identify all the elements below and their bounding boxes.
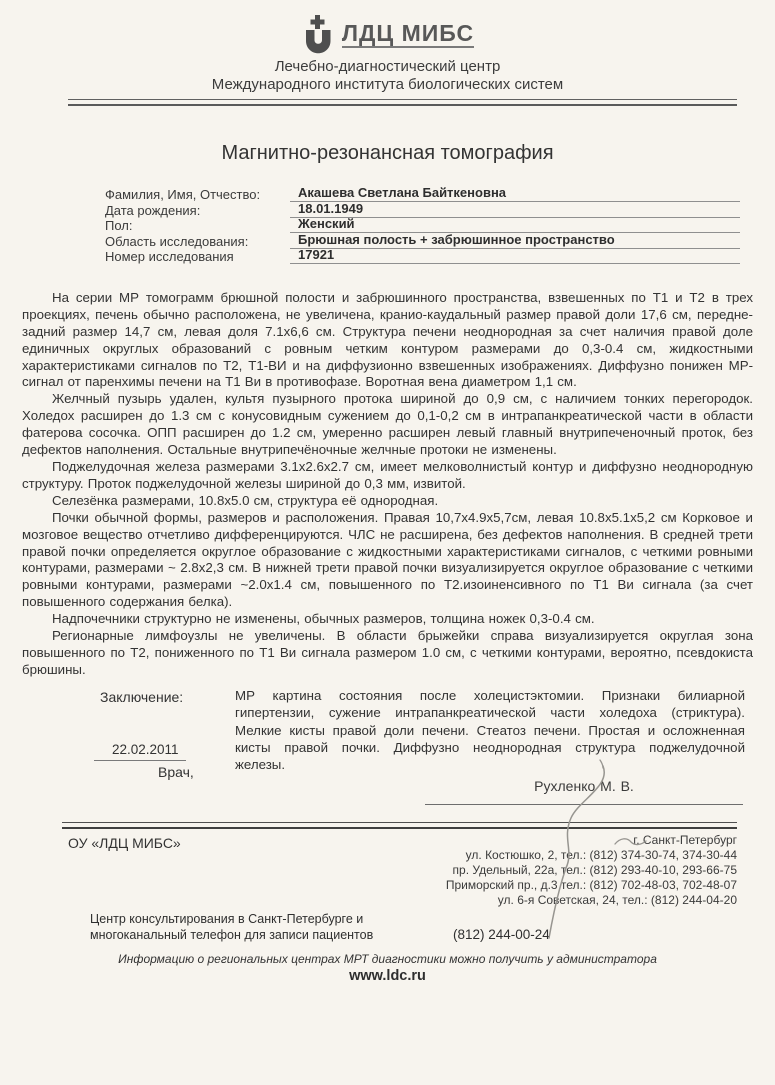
scanned-mri-report: ЛДЦ МИБС Лечебно-диагностический центр М… [0,0,775,1085]
conclusion-label: Заключение: [100,687,235,705]
conclusion-section: Заключение: 22.02.2011 Врач, МР картина … [0,687,775,805]
field-label: Пол: [105,218,290,233]
doctor-label: Врач, [158,764,235,780]
footer-info-line: Информацию о региональных центрах МРТ ди… [0,952,775,966]
page-title: Магнитно-резонансная томография [0,142,775,165]
conclusion-right-column: МР картина состояния после холецистэктом… [235,687,745,805]
footer-website: www.ldc.ru [0,968,775,984]
report-paragraph: Почки обычной формы, размеров и располож… [22,510,753,611]
field-value: Акашева Светлана Байткеновна [290,186,740,202]
field-value: 17921 [290,248,740,264]
field-row-birthdate: Дата рождения: 18.01.1949 [105,202,740,217]
field-label: Область исследования: [105,234,290,249]
field-value: Брюшная полость + забрюшинное пространст… [290,233,740,249]
report-date: 22.02.2011 [100,742,235,757]
field-label: Дата рождения: [105,203,290,218]
report-paragraph: Регионарные лимфоузлы не увеличены. В об… [22,628,753,679]
field-label: Фамилия, Имя, Отчество: [105,187,290,202]
report-paragraph: Поджелудочная железа размерами 3.1х2.6х2… [22,459,753,493]
footer-city: г. Санкт-Петербург [446,833,737,848]
footer-divider [62,822,737,829]
field-label: Номер исследования [105,249,290,264]
report-paragraph: Селезёнка размерами, 10.8х5.0 см, структ… [22,493,753,510]
consultation-text: Центр консультирования в Санкт-Петербург… [90,912,395,943]
field-row-study-area: Область исследования: Брюшная полость + … [105,233,740,248]
conclusion-text: МР картина состояния после холецистэктом… [235,687,745,774]
consultation-line2: многоканальный телефон для записи пациен… [90,928,395,944]
field-value: 18.01.1949 [290,202,740,218]
logo-text: ЛДЦ МИБС [342,21,474,48]
org-name-line2: Международного института биологических с… [0,76,775,94]
doctor-name: Рухленко М. В. [425,778,743,795]
footer-address: Приморский пр., д.3 тел.: (812) 702-48-0… [446,878,737,893]
patient-fields: Фамилия, Имя, Отчество: Акашева Светлана… [105,187,740,264]
field-row-name: Фамилия, Имя, Отчество: Акашева Светлана… [105,187,740,202]
org-name-line1: Лечебно-диагностический центр [0,58,775,76]
field-row-sex: Пол: Женский [105,218,740,233]
footer-org-name: ОУ «ЛДЦ МИБС» [68,833,181,908]
logo: ЛДЦ МИБС [0,12,775,58]
report-body: На серии МР томограмм брюшной полости и … [22,290,753,679]
report-paragraph: Надпочечники структурно не изменены, обы… [22,611,753,628]
conclusion-left-column: Заключение: 22.02.2011 Врач, [100,687,235,805]
footer-address: ул. Костюшко, 2, тел.: (812) 374-30-74, … [446,848,737,863]
consultation-phone: (812) 244-00-24 [453,927,550,943]
footer-consultation: Центр консультирования в Санкт-Петербург… [90,912,775,943]
consultation-line1: Центр консультирования в Санкт-Петербург… [90,912,395,928]
header-divider [68,99,737,106]
footer-address: ул. 6-я Советская, 24, тел.: (812) 244-0… [446,893,737,908]
magnet-cross-icon [301,14,335,63]
report-paragraph: На серии МР томограмм брюшной полости и … [22,290,753,391]
header: ЛДЦ МИБС Лечебно-диагностический центр М… [0,0,775,106]
field-value: Женский [290,217,740,233]
signature-line: Рухленко М. В. [425,778,743,805]
date-underline [94,757,186,761]
footer-address: пр. Удельный, 22а, тел.: (812) 293-40-10… [446,863,737,878]
footer-top: ОУ «ЛДЦ МИБС» г. Санкт-Петербург ул. Кос… [68,833,737,908]
report-paragraph: Желчный пузырь удален, культя пузырного … [22,391,753,459]
footer-addresses: г. Санкт-Петербург ул. Костюшко, 2, тел.… [446,833,737,908]
field-row-study-number: Номер исследования 17921 [105,249,740,264]
